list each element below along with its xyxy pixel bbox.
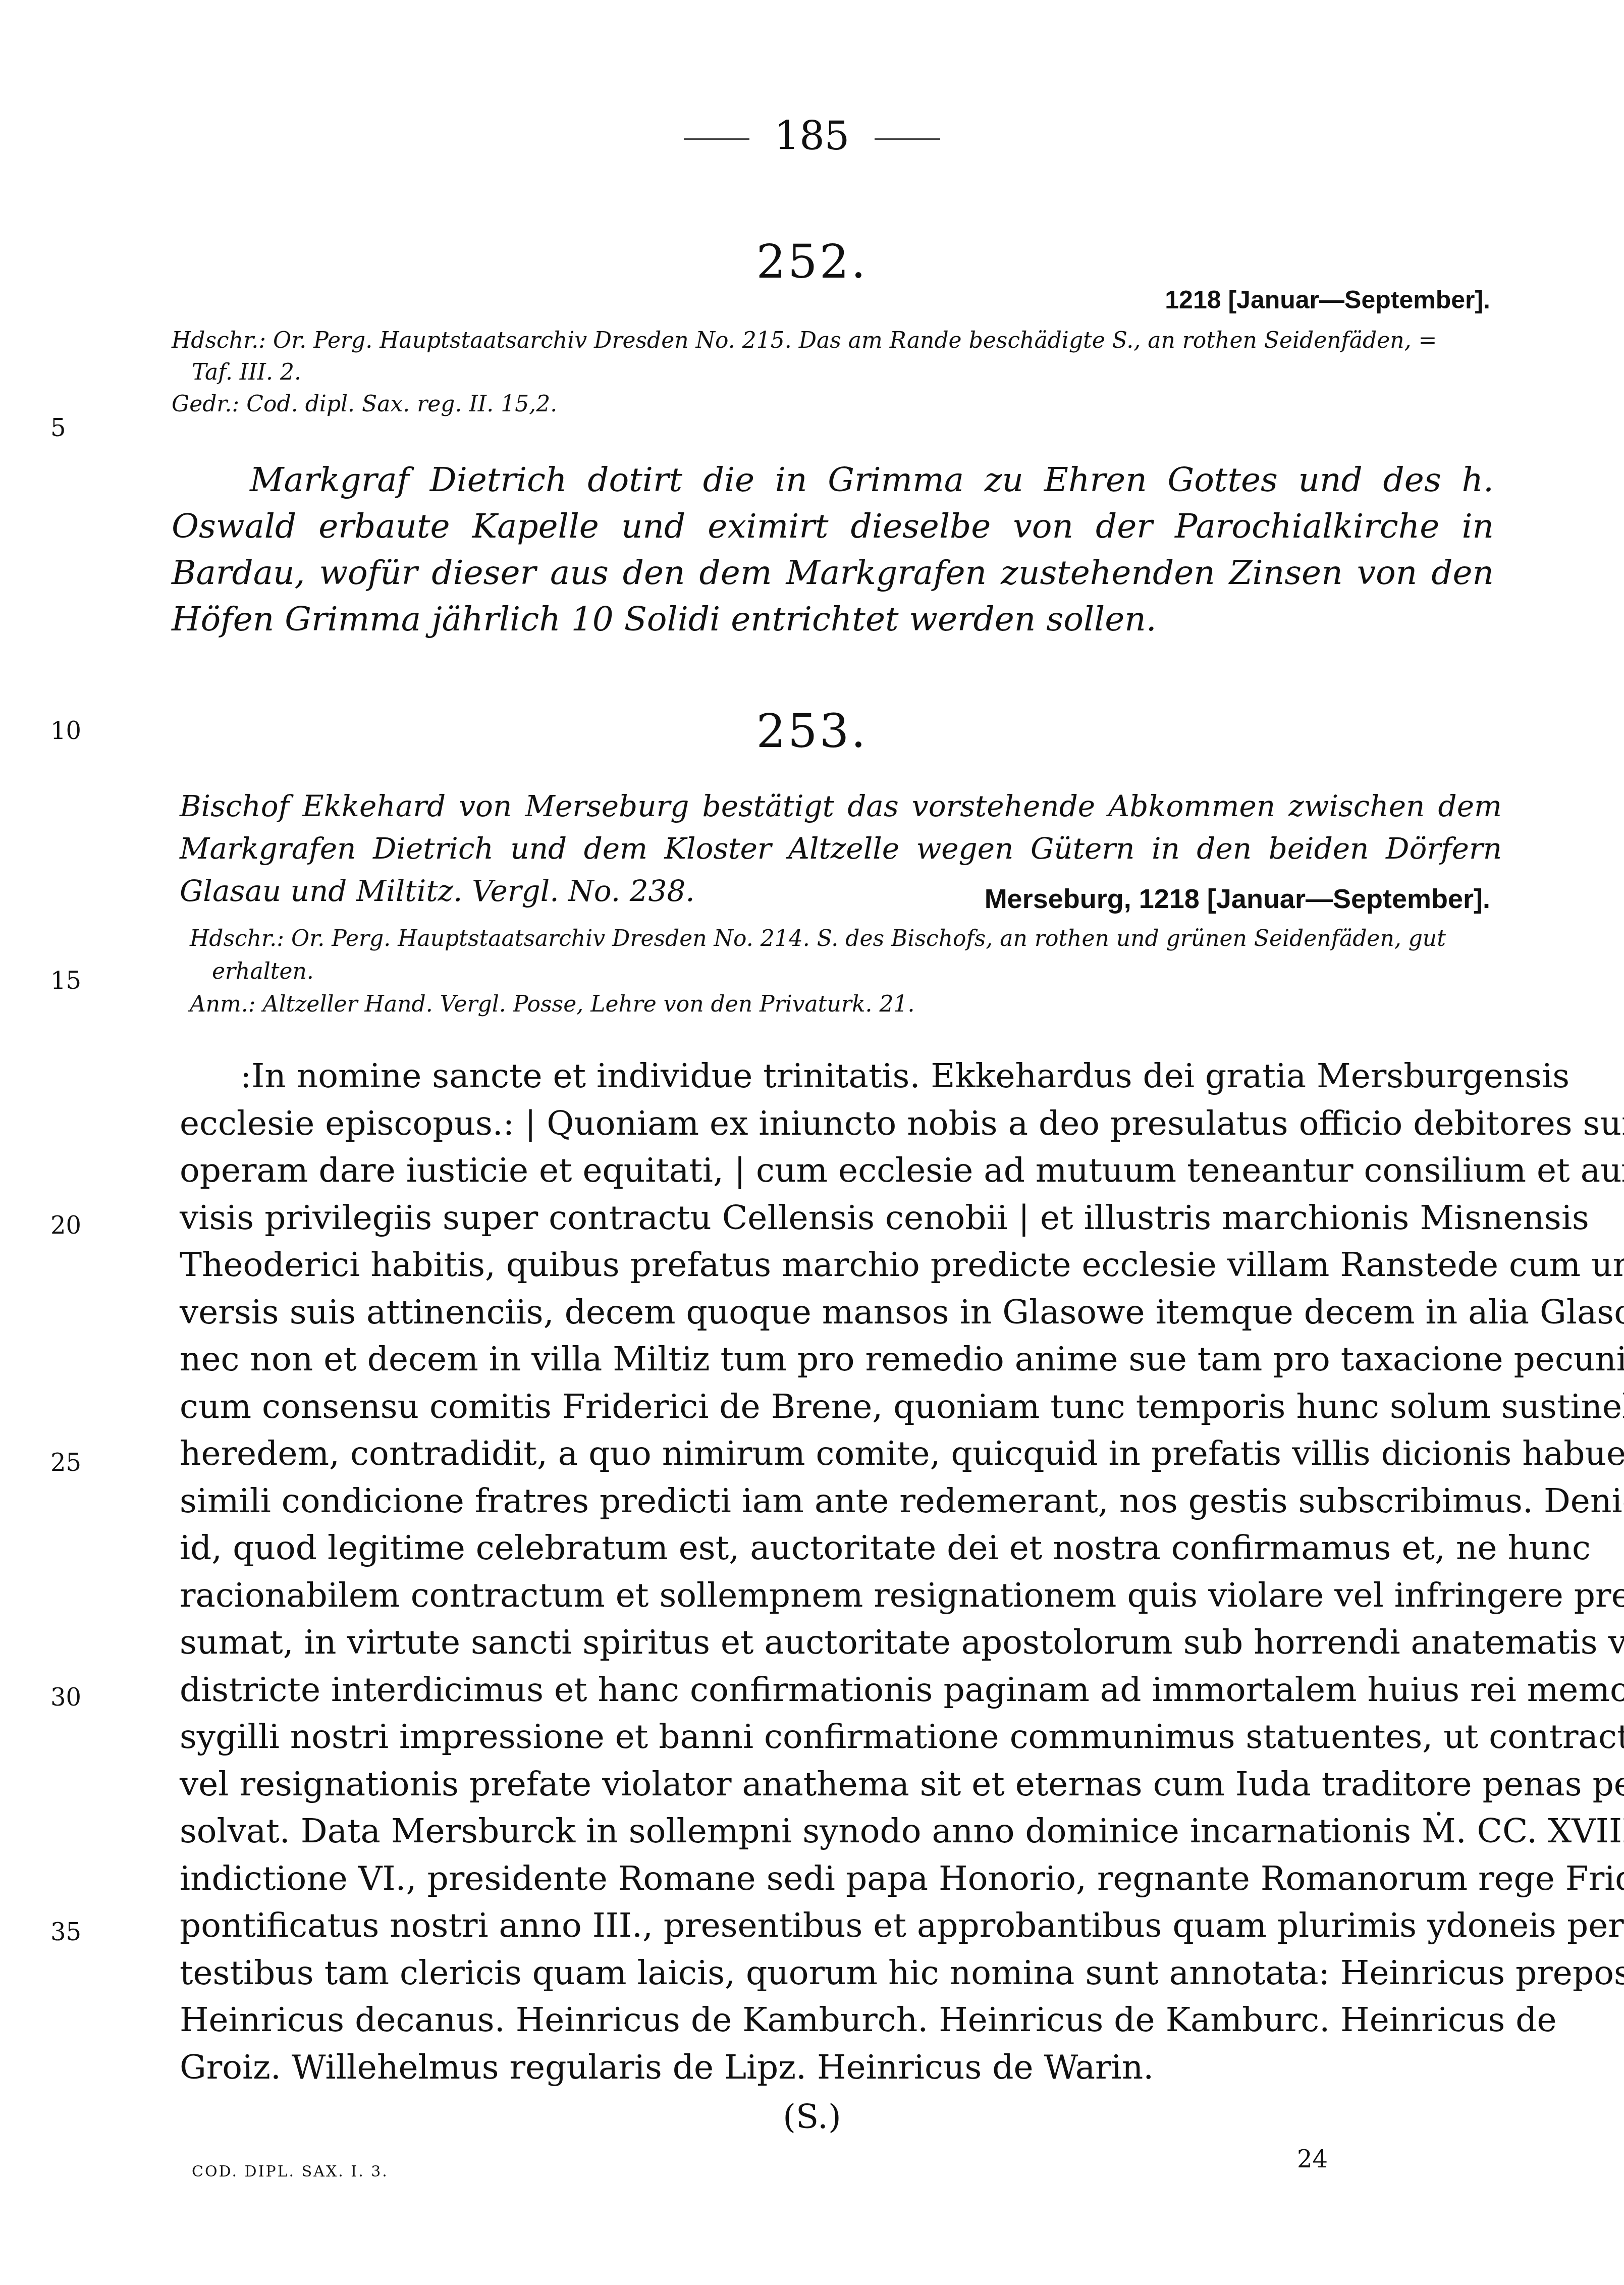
- header-rule-right: [875, 138, 940, 140]
- entry-date: 1218 [Januar—September].: [1165, 285, 1490, 314]
- text-line: simili condicione fratres predicti iam a…: [180, 1477, 1502, 1525]
- text-line: vel resignationis prefate violator anath…: [180, 1761, 1502, 1808]
- text-line: racionabilem contractum et sollempnem re…: [180, 1572, 1502, 1619]
- margin-line-number: 5: [50, 414, 91, 442]
- manuscript-note: Hdschr.: Or. Perg. Hauptstaatsarchiv Dre…: [190, 924, 1497, 954]
- manuscript-note: Hdschr.: Or. Perg. Hauptstaatsarchiv Dre…: [172, 326, 1494, 356]
- margin-line-number: 20: [50, 1211, 91, 1240]
- text-line: solvat. Data Mersburck in sollempni syno…: [180, 1808, 1502, 1855]
- header-rule-left: [684, 138, 749, 140]
- text-line: :In nomine sancte et individue trinitati…: [180, 1052, 1502, 1100]
- entry-date: Merseburg, 1218 [Januar—September].: [985, 883, 1490, 915]
- text-line: id, quod legitime celebratum est, auctor…: [180, 1524, 1502, 1572]
- text-line: Heinricus decanus. Heinricus de Kamburch…: [180, 1996, 1502, 2044]
- margin-line-number: 30: [50, 1683, 91, 1712]
- text-line: cum consensu comitis Friderici de Brene,…: [180, 1383, 1502, 1430]
- page-number: 185: [775, 114, 850, 159]
- print-note: Gedr.: Cod. dipl. Sax. reg. II. 15,2.: [172, 389, 557, 419]
- entry-number: 252.: [0, 235, 1624, 289]
- text-line: districte interdicimus et hanc confirmat…: [180, 1666, 1502, 1714]
- text-line: indictione VI., presidente Romane sedi p…: [180, 1855, 1502, 1902]
- entry-summary: Markgraf Dietrich dotirt die in Grimma z…: [172, 457, 1494, 643]
- text-line: sygilli nostri impressione et banni conf…: [180, 1713, 1502, 1761]
- margin-line-number: 25: [50, 1449, 91, 1477]
- text-line: nec non et decem in villa Miltiz tum pro…: [180, 1336, 1502, 1383]
- text-line: versis suis attinenciis, decem quoque ma…: [180, 1289, 1502, 1336]
- annotation-note: Anm.: Altzeller Hand. Vergl. Posse, Lehr…: [190, 989, 915, 1020]
- text-line: sumat, in virtute sancti spiritus et auc…: [180, 1619, 1502, 1666]
- text-line: pontificatus nostri anno III., presentib…: [180, 1902, 1502, 1949]
- text-line: Groiz. Willehelmus regularis de Lipz. He…: [180, 2044, 1502, 2091]
- text-line: operam dare iusticie et equitati, | cum …: [180, 1147, 1502, 1194]
- text-line: Theoderici habitis, quibus prefatus marc…: [180, 1241, 1502, 1289]
- page-header: 185: [0, 114, 1624, 159]
- signature-mark: COD. DIPL. SAX. I. 3.: [192, 2163, 389, 2181]
- text-line: testibus tam clericis quam laicis, quoru…: [180, 1949, 1502, 1997]
- text-line: visis privilegiis super contractu Cellen…: [180, 1194, 1502, 1242]
- seal-mark: (S.): [0, 2097, 1624, 2136]
- manuscript-note-cont: Taf. III. 2.: [192, 357, 301, 388]
- text-line: heredem, contradidit, a quo nimirum comi…: [180, 1430, 1502, 1477]
- entry-number: 253.: [0, 704, 1624, 758]
- charter-text: :In nomine sancte et individue trinitati…: [180, 1052, 1502, 2091]
- text-line: ecclesie episcopus.: | Quoniam ex iniunc…: [180, 1100, 1502, 1147]
- margin-line-number: 35: [50, 1918, 91, 1946]
- manuscript-note-cont: erhalten.: [212, 956, 314, 987]
- sheet-number: 24: [1297, 2145, 1328, 2173]
- margin-line-number: 15: [50, 967, 91, 995]
